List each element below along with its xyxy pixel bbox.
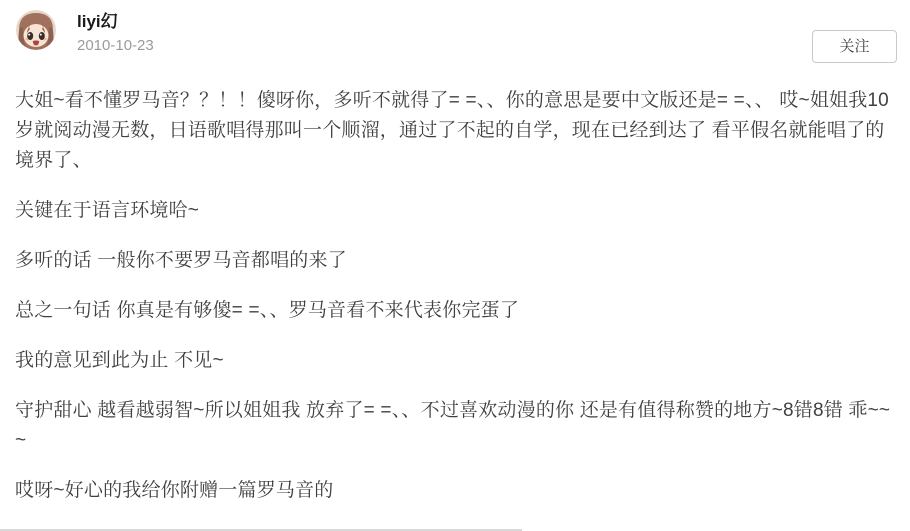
post-content: 大姐~看不懂罗马音？？！！傻呀你，多听不就得了= =、、你的意思是要中文版还是=… xyxy=(0,86,910,506)
author-meta: liyi幻 2010-10-23 xyxy=(77,10,154,56)
post-paragraph: 关键在于语言环境哈~ xyxy=(15,196,894,226)
avatar[interactable] xyxy=(16,10,56,50)
anime-girl-avatar-icon xyxy=(16,10,56,50)
post-paragraph: 哎呀~好心的我给你附赠一篇罗马音的 xyxy=(15,476,894,506)
post-paragraph: 大姐~看不懂罗马音？？！！傻呀你，多听不就得了= =、、你的意思是要中文版还是=… xyxy=(15,86,894,176)
post-paragraph: 总之一句话 你真是有够傻= =、、罗马音看不来代表你完蛋了 xyxy=(15,296,894,326)
post-paragraph: 多听的话 一般你不要罗马音都唱的来了 xyxy=(15,246,894,276)
post-header: liyi幻 2010-10-23 关注 xyxy=(0,0,910,50)
username[interactable]: liyi幻 xyxy=(77,11,154,33)
post-paragraph: 我的意见到此为止 不见~ xyxy=(15,346,894,376)
post-date: 2010-10-23 xyxy=(77,36,154,56)
follow-button[interactable]: 关注 xyxy=(812,30,897,63)
post-paragraph: 守护甜心 越看越弱智~所以姐姐我 放弃了= =、、不过喜欢动漫的你 还是有值得称… xyxy=(15,396,894,456)
answer-card: liyi幻 2010-10-23 关注 大姐~看不懂罗马音？？！！傻呀你，多听不… xyxy=(0,0,910,531)
